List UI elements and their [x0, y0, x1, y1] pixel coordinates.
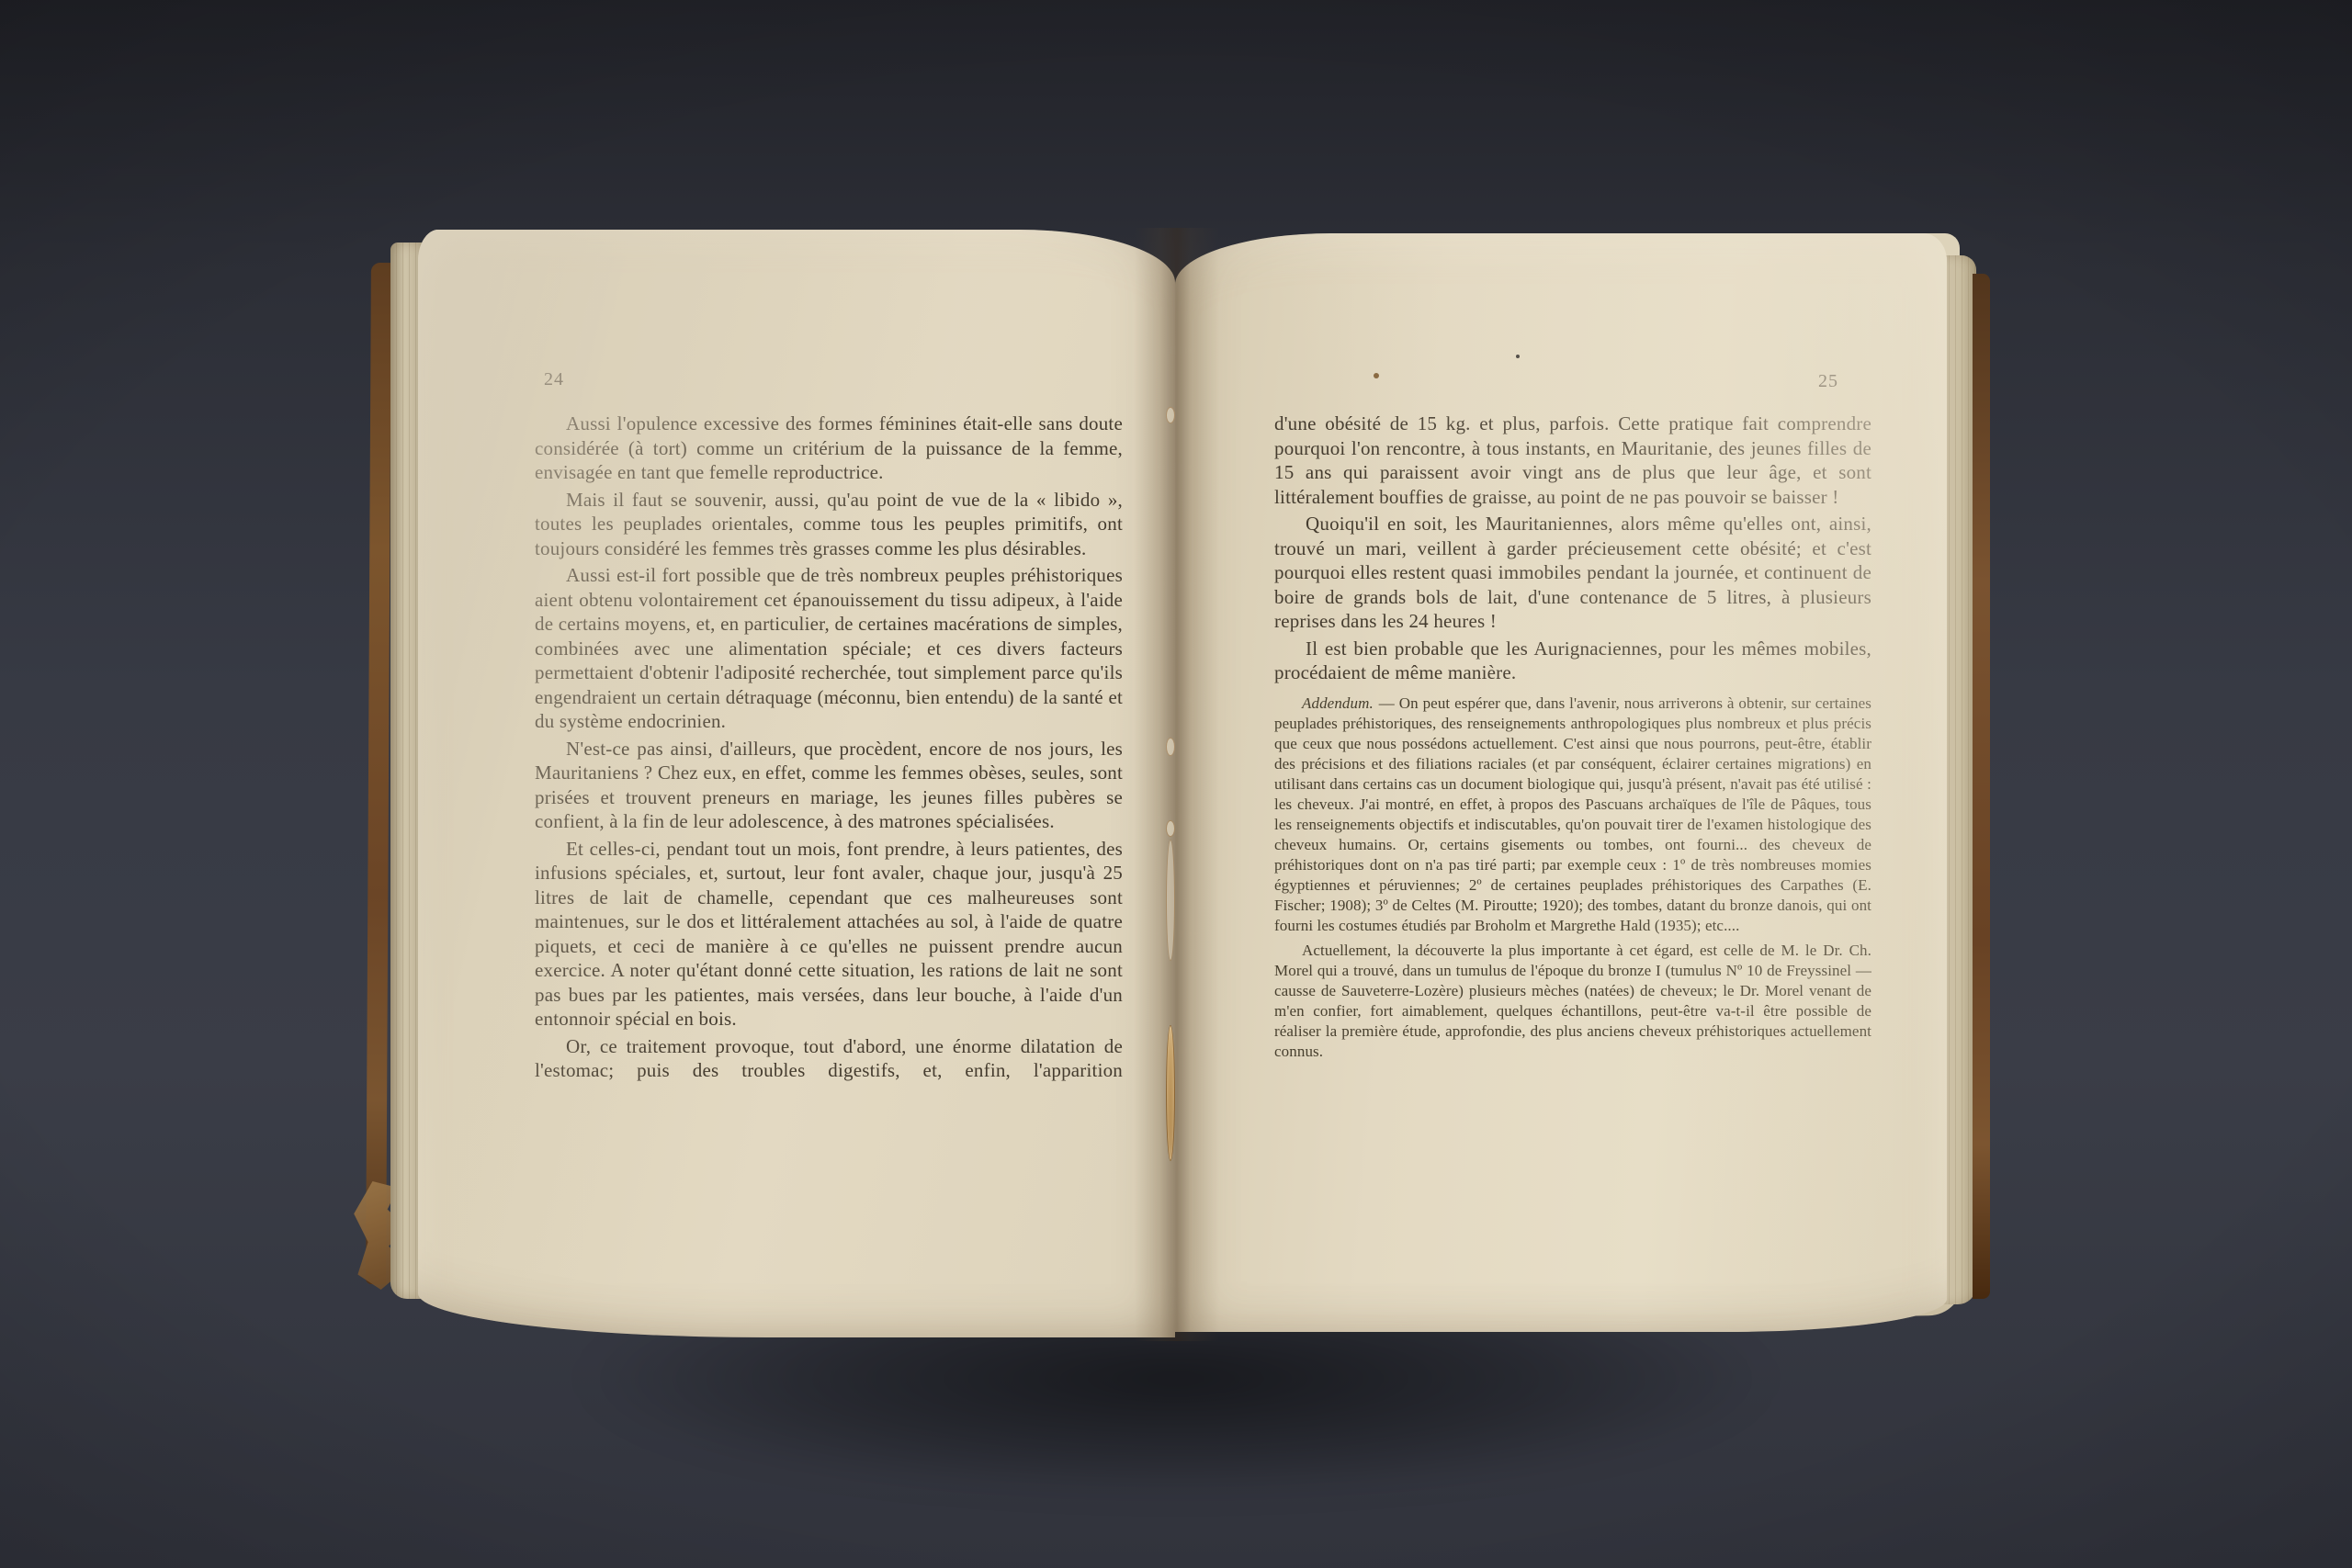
book-page-right: 25 d'une obésité de 15 kg. et plus, parf…	[1175, 233, 1947, 1332]
left-page-text: Aussi l'opulence excessive des formes fé…	[535, 412, 1123, 1086]
addendum-paragraph: Addendum.— On peut espérer que, dans l'a…	[1274, 694, 1871, 936]
paragraph: N'est-ce pas ainsi, d'ailleurs, que proc…	[535, 737, 1123, 834]
open-book: 24 Aussi l'opulence excessive des formes…	[363, 219, 1994, 1358]
addendum-section: Addendum.— On peut espérer que, dans l'a…	[1274, 694, 1871, 1062]
paper-speck	[1374, 373, 1379, 378]
page-number-right: 25	[1818, 371, 1838, 392]
page-stack-edge-right	[1943, 255, 1976, 1304]
paragraph: d'une obésité de 15 kg. et plus, parfois…	[1274, 412, 1871, 509]
binding-stitch	[1166, 738, 1175, 756]
book-page-left: 24 Aussi l'opulence excessive des formes…	[418, 230, 1175, 1337]
book-cover-edge-right	[1973, 274, 1990, 1299]
page-stack-edge-left	[390, 243, 422, 1299]
paragraph: Mais il faut se souvenir, aussi, qu'au p…	[535, 488, 1123, 561]
addendum-lead-in: Addendum.	[1302, 694, 1374, 712]
addendum-paragraph: Actuellement, la découverte la plus impo…	[1274, 941, 1871, 1062]
binding-stitch	[1166, 840, 1175, 961]
binding-stitch	[1166, 820, 1175, 837]
paragraph: Aussi est-il fort possible que de très n…	[535, 563, 1123, 734]
binding-stitch	[1166, 407, 1175, 423]
paragraph: Or, ce traitement provoque, tout d'abord…	[535, 1034, 1123, 1083]
paragraph: Et celles-ci, pendant tout un mois, font…	[535, 837, 1123, 1032]
addendum-text: — On peut espérer que, dans l'avenir, no…	[1274, 694, 1871, 934]
paragraph: Aussi l'opulence excessive des formes fé…	[535, 412, 1123, 485]
paper-speck	[1516, 355, 1520, 358]
binding-stitch	[1166, 1025, 1175, 1161]
book-cover-edge-left	[366, 263, 391, 1284]
page-number-left: 24	[544, 369, 564, 390]
right-page-text: d'une obésité de 15 kg. et plus, parfois…	[1274, 412, 1871, 1066]
paragraph: Quoiqu'il en soit, les Mauritaniennes, a…	[1274, 512, 1871, 634]
photo-background: 24 Aussi l'opulence excessive des formes…	[0, 0, 2352, 1568]
paragraph: Il est bien probable que les Aurignacien…	[1274, 637, 1871, 685]
